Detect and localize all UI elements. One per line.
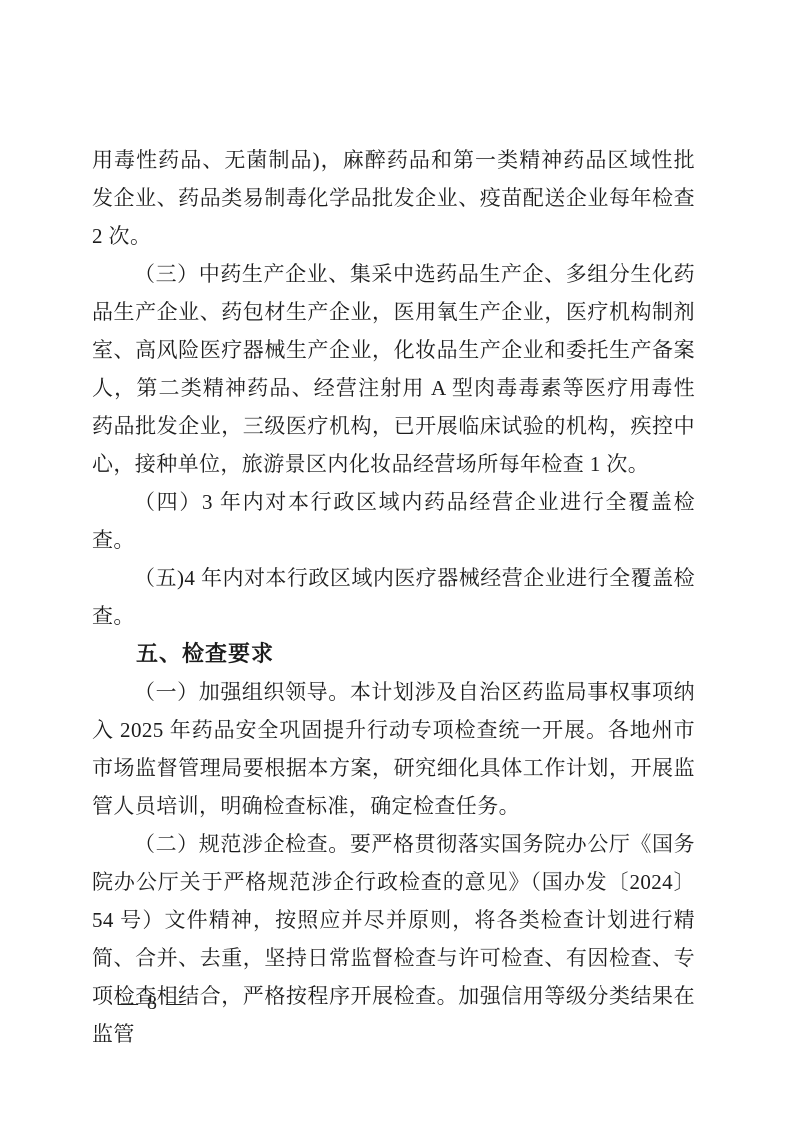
page-number: — 8 — — [118, 988, 188, 1018]
paragraph-item-three: （三）中药生产企业、集采中选药品生产企、多组分生化药品生产企业、药包材生产企业，… — [92, 255, 695, 483]
paragraph-requirement-two: （二）规范涉企检查。要严格贯彻落实国务院办公厅《国务院办公厅关于严格规范涉企行政… — [92, 825, 695, 1053]
paragraph-item-four: （四）3 年内对本行政区域内药品经营企业进行全覆盖检查。 — [92, 483, 695, 559]
paragraph-continuation: 用毒性药品、无菌制品)，麻醉药品和第一类精神药品区域性批发企业、药品类易制毒化学… — [92, 141, 695, 255]
document-page: 用毒性药品、无菌制品)，麻醉药品和第一类精神药品区域性批发企业、药品类易制毒化学… — [0, 0, 793, 1122]
document-body: 用毒性药品、无菌制品)，麻醉药品和第一类精神药品区域性批发企业、药品类易制毒化学… — [92, 141, 695, 1053]
paragraph-requirement-one: （一）加强组织领导。本计划涉及自治区药监局事权事项纳入 2025 年药品安全巩固… — [92, 673, 695, 825]
paragraph-item-five: （五)4 年内对本行政区域内医疗器械经营企业进行全覆盖检查。 — [92, 559, 695, 635]
section-heading-inspection-requirements: 五、检查要求 — [92, 635, 695, 673]
